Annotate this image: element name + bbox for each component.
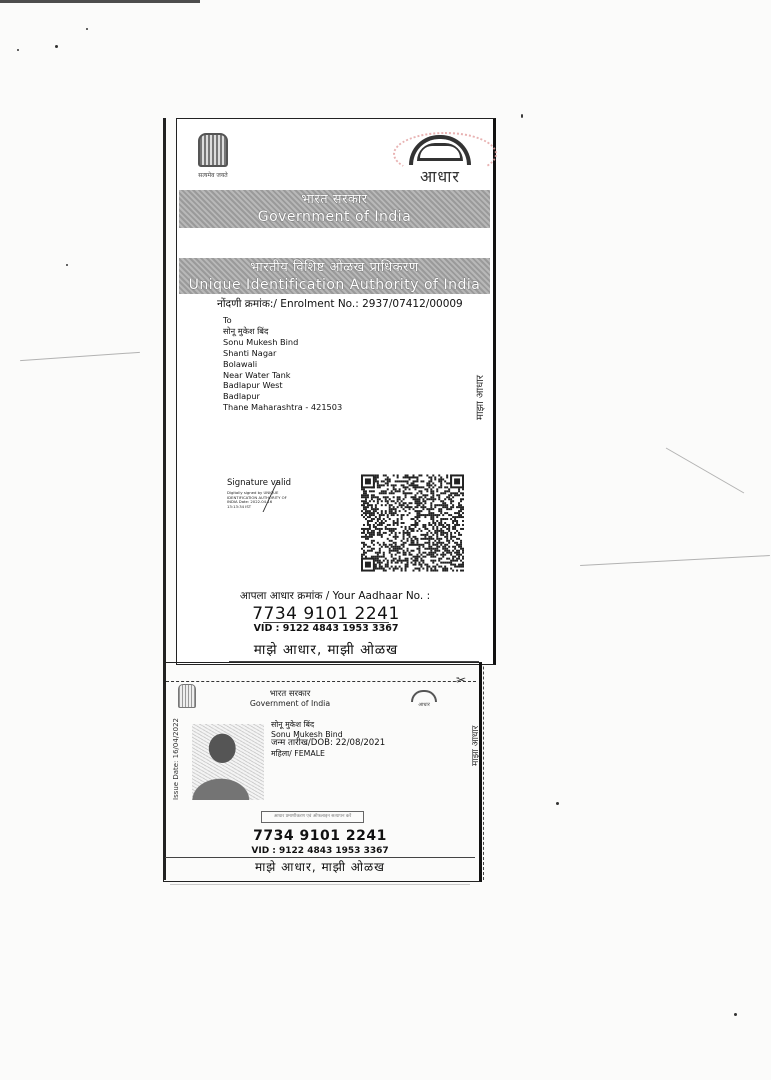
address-line: Thane Maharashtra - 421503 (223, 402, 342, 413)
card-tagline: माझे आधार, माझी ओळख (165, 858, 475, 875)
scan-smudge (170, 884, 470, 885)
scan-speck (521, 114, 523, 118)
scan-line (20, 352, 140, 361)
emblem-icon (198, 133, 228, 167)
national-emblem: सत्यमेव जयते (195, 133, 231, 181)
card-govt-header: भारत सरकार Government of India (230, 688, 350, 708)
card-govt-english: Government of India (230, 699, 350, 708)
scan-speck (86, 28, 88, 30)
verification-stamp: आधार प्रमाणीकरण एवं ऑफलाइन सत्यापन करें (261, 811, 364, 823)
vid-number: VID : 9122 4843 1953 3367 (176, 623, 476, 634)
digital-signature: Signature valid Digitally signed by UNIQ… (227, 478, 291, 509)
govt-band: भारत सरकार Government of India (179, 190, 490, 228)
side-label-letter: माझा आधार (472, 375, 486, 420)
uidai-hindi: भारतीय विशिष्ट ओळख प्राधिकरण (179, 258, 490, 276)
address-line: Badlapur (223, 391, 342, 402)
scan-speck (55, 45, 58, 48)
card-logo-word: आधार (410, 702, 438, 708)
scan-line (666, 448, 744, 494)
address-line: Bolawali (223, 359, 342, 370)
holder-details: सोनू मुकेश बिंद Sonu Mukesh Bind जन्म ता… (271, 720, 385, 758)
holder-gender: महिला/ FEMALE (271, 749, 385, 759)
address-line: Near Water Tank (223, 370, 342, 381)
scan-speck (556, 802, 559, 805)
card-aadhaar-number: 7734 9101 2241 (165, 828, 475, 844)
holder-photo (192, 724, 264, 800)
card-fingerprint-icon (411, 690, 437, 702)
enrolment-number: नोंदणी क्रमांक:/ Enrolment No.: 2937/074… (217, 297, 463, 311)
card-aadhaar-logo: आधार (410, 690, 438, 708)
card-govt-hindi: भारत सरकार (230, 688, 350, 699)
aadhaar-logo: आधार (400, 135, 480, 185)
qr-code (361, 474, 464, 572)
address-block: To सोनू मुकेश बिंद Sonu Mukesh Bind Shan… (223, 315, 342, 413)
uidai-english: Unique Identification Authority of India (179, 276, 490, 294)
govt-english: Government of India (179, 208, 490, 226)
emblem-caption: सत्यमेव जयते (195, 171, 231, 179)
card-emblem-icon (178, 684, 196, 708)
fingerprint-icon (409, 135, 471, 165)
uidai-band: भारतीय विशिष्ट ओळख प्राधिकरण Unique Iden… (179, 258, 490, 294)
aadhaar-number: 7734 9101 2241 (176, 604, 476, 624)
scan-edge-mark (0, 0, 200, 3)
address-line: Badlapur West (223, 380, 342, 391)
card-vid-number: VID : 9122 4843 1953 3367 (165, 846, 475, 856)
holder-dob: जन्म तारीख/DOB: 22/08/2021 (271, 739, 385, 749)
issue-date: Issue Date: 16/04/2022 (172, 718, 180, 800)
govt-hindi: भारत सरकार (179, 190, 490, 208)
holder-name-hindi: सोनू मुकेश बिंद (271, 720, 385, 730)
address-line: Sonu Mukesh Bind (223, 337, 342, 348)
scan-speck (17, 49, 19, 51)
scan-speck (734, 1013, 737, 1016)
aadhaar-logo-word: आधार (400, 165, 480, 187)
scan-line (580, 555, 770, 566)
address-line: To (223, 315, 342, 326)
tagline: माझे आधार, माझी ओळख (176, 640, 476, 658)
address-line: सोनू मुकेश बिंद (223, 326, 342, 337)
your-aadhaar-label: आपला आधार क्रमांक / Your Aadhaar No. : (205, 589, 465, 603)
address-line: Shanti Nagar (223, 348, 342, 359)
side-label-card: माझा आधार (468, 726, 481, 766)
scan-speck (66, 264, 68, 266)
